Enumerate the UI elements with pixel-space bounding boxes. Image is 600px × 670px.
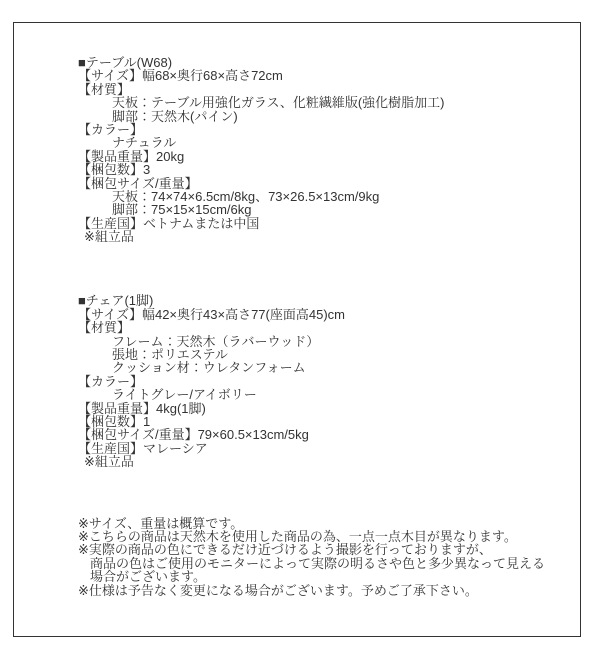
table-package-top-line: 天板：74×74×6.5cm/8kg、73×26.5×13cm/9kg [78, 190, 570, 203]
note-color-monitor: 商品の色はご使用のモニターによって実際の明るさや色と多少異なって見える [78, 557, 570, 570]
table-package-size-label: 【梱包サイズ/重量】 [78, 177, 570, 190]
table-color-value: ナチュラル [78, 136, 570, 149]
table-section-heading: ■テーブル(W68) [78, 56, 570, 69]
table-size-line: 【サイズ】幅68×奥行68×高さ72cm [78, 69, 570, 82]
table-origin-line: 【生産国】ベトナムまたは中国 [78, 217, 570, 230]
spec-sheet-content: ■テーブル(W68) 【サイズ】幅68×奥行68×高さ72cm 【材質】 天板：… [14, 23, 580, 597]
spec-sheet-border-frame: ■テーブル(W68) 【サイズ】幅68×奥行68×高さ72cm 【材質】 天板：… [13, 22, 581, 637]
chair-size-line: 【サイズ】幅42×奥行43×高さ77(座面高45)cm [78, 308, 570, 321]
chair-material-label: 【材質】 [78, 321, 570, 334]
chair-material-frame-line: フレーム：天然木（ラバーウッド） [78, 335, 570, 348]
note-color-photography: ※実際の商品の色にできるだけ近づけるよう撮影を行っておりますが、 [78, 543, 570, 556]
note-color-monitor-end: 場合がございます。 [78, 570, 570, 583]
table-material-top-line: 天板：テーブル用強化ガラス、化粧繊維版(強化樹脂加工) [78, 96, 570, 109]
table-package-count-line: 【梱包数】3 [78, 163, 570, 176]
chair-package-count-line: 【梱包数】1 [78, 415, 570, 428]
chair-weight-line: 【製品重量】4kg(1脚) [78, 402, 570, 415]
note-wood-grain: ※こちらの商品は天然木を使用した商品の為、一点一点木目が異なります。 [78, 530, 570, 543]
chair-section-heading: ■チェア(1脚) [78, 294, 570, 307]
table-spec-section: ■テーブル(W68) 【サイズ】幅68×奥行68×高さ72cm 【材質】 天板：… [78, 56, 570, 243]
chair-spec-section: ■チェア(1脚) 【サイズ】幅42×奥行43×高さ77(座面高45)cm 【材質… [78, 294, 570, 468]
table-color-label: 【カラー】 [78, 123, 570, 136]
note-spec-change: ※仕様は予告なく変更になる場合がございます。予めご了承下さい。 [78, 584, 570, 597]
chair-color-value: ライトグレー/アイボリー [78, 388, 570, 401]
disclaimer-notes-section: ※サイズ、重量は概算です。 ※こちらの商品は天然木を使用した商品の為、一点一点木… [78, 517, 570, 597]
chair-package-size-line: 【梱包サイズ/重量】79×60.5×13cm/5kg [78, 428, 570, 441]
table-material-label: 【材質】 [78, 83, 570, 96]
chair-assembly-note: ※組立品 [78, 455, 570, 468]
table-weight-line: 【製品重量】20kg [78, 150, 570, 163]
product-spec-page: { "page": { "background": "#ffffff", "bo… [0, 0, 600, 670]
table-package-legs-line: 脚部：75×15×15cm/6kg [78, 203, 570, 216]
chair-color-label: 【カラー】 [78, 375, 570, 388]
chair-material-cushion-line: クッション材：ウレタンフォーム [78, 361, 570, 374]
note-approximate-size: ※サイズ、重量は概算です。 [78, 517, 570, 530]
chair-material-fabric-line: 張地：ポリエステル [78, 348, 570, 361]
chair-origin-line: 【生産国】マレーシア [78, 442, 570, 455]
table-assembly-note: ※組立品 [78, 230, 570, 243]
table-material-legs-line: 脚部：天然木(パイン) [78, 110, 570, 123]
